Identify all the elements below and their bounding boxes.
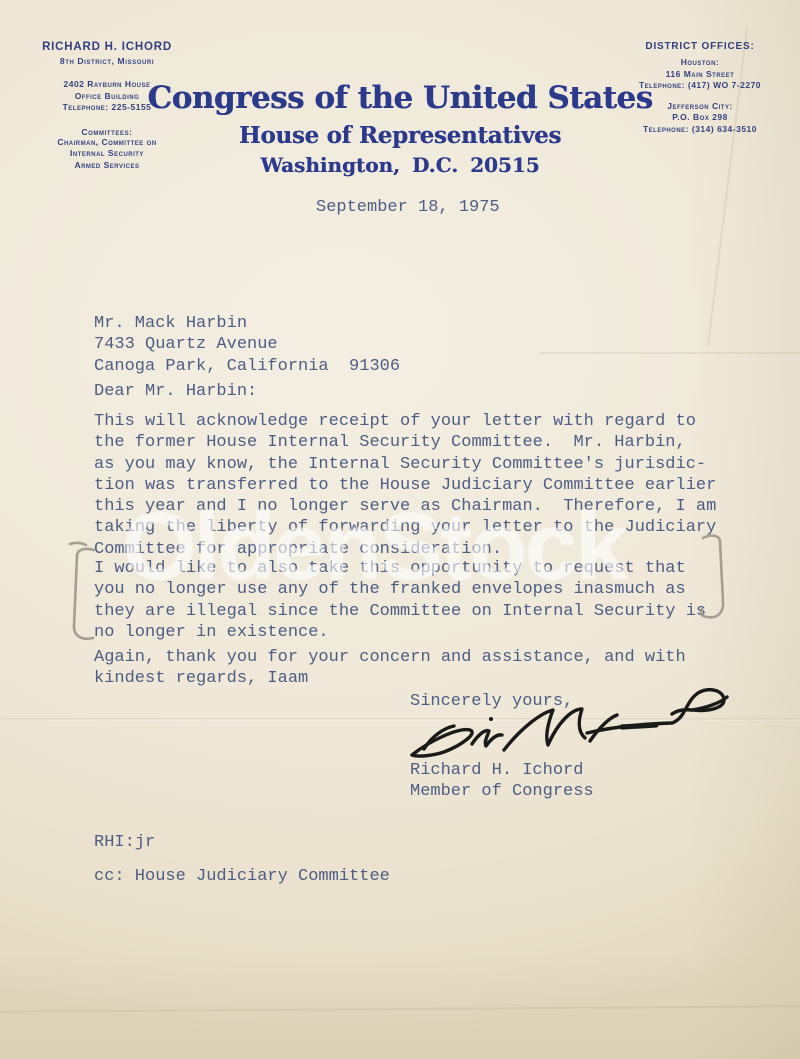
body-paragraph-1: This will acknowledge receipt of your le… [94, 411, 716, 560]
paper-crease [0, 1005, 800, 1013]
salutation: Dear Mr. Harbin: [94, 381, 257, 402]
recipient-address: Mr. Mack Harbin 7433 Quartz Avenue Canog… [94, 313, 400, 377]
masthead-subtitle: House of Representatives [0, 122, 800, 149]
scanned-letter-page: RICHARD H. ICHORD 8th District, Missouri… [0, 0, 800, 1059]
paper-crease [540, 352, 800, 354]
signer-title: Member of Congress [410, 781, 594, 802]
office-street: 116 Main Street [606, 69, 794, 81]
typist-initials: RHI:jr [94, 832, 155, 853]
member-name: RICHARD H. ICHORD [26, 41, 188, 53]
office-city: Houston: [606, 57, 794, 69]
letter-date: September 18, 1975 [316, 197, 500, 218]
signature [390, 678, 730, 778]
member-district: 8th District, Missouri [26, 56, 188, 66]
masthead-title: Congress of the United States [0, 80, 800, 116]
district-offices-heading: DISTRICT OFFICES: [606, 41, 794, 52]
cc-line: cc: House Judiciary Committee [94, 866, 390, 887]
pencil-bracket-right [696, 529, 744, 633]
pencil-bracket-left [60, 541, 104, 649]
body-paragraph-2: I would like to also take this opportuni… [94, 558, 706, 643]
masthead-city-line: Washington, D.C. 20515 [0, 153, 800, 177]
